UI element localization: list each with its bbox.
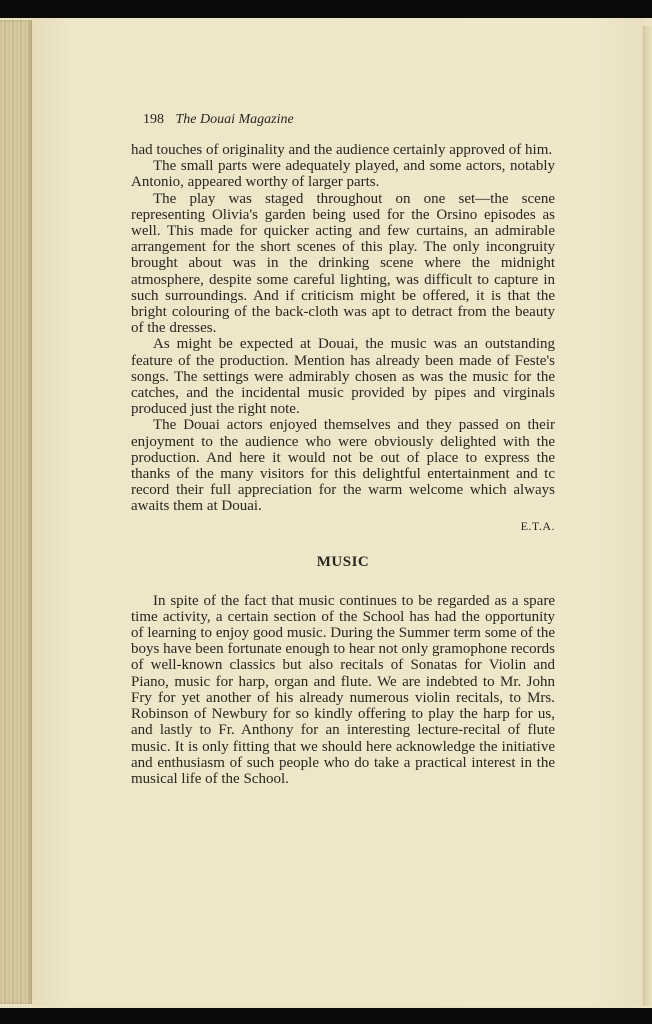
music-paragraph: In spite of the fact that music continue… [131,593,555,787]
page-number: 198 [143,112,164,127]
article-paragraph: The play was staged throughout on one se… [131,191,555,337]
article-paragraph: The small parts were adequately played, … [131,158,555,190]
page-edges-stack [0,20,32,1004]
page-content: 198 The Douai Magazine had touches of or… [131,110,555,787]
running-head: 198 The Douai Magazine [143,110,555,130]
article-paragraph: As might be expected at Douai, the music… [131,336,555,417]
publication-title: The Douai Magazine [176,112,294,127]
section-heading-music: MUSIC [131,554,555,571]
article-paragraph: had touches of originality and the audie… [131,142,555,158]
article-paragraph: The Douai actors enjoyed themselves and … [131,417,555,514]
author-signature: E.T.A. [131,519,555,534]
facing-page-edge [643,26,652,1006]
